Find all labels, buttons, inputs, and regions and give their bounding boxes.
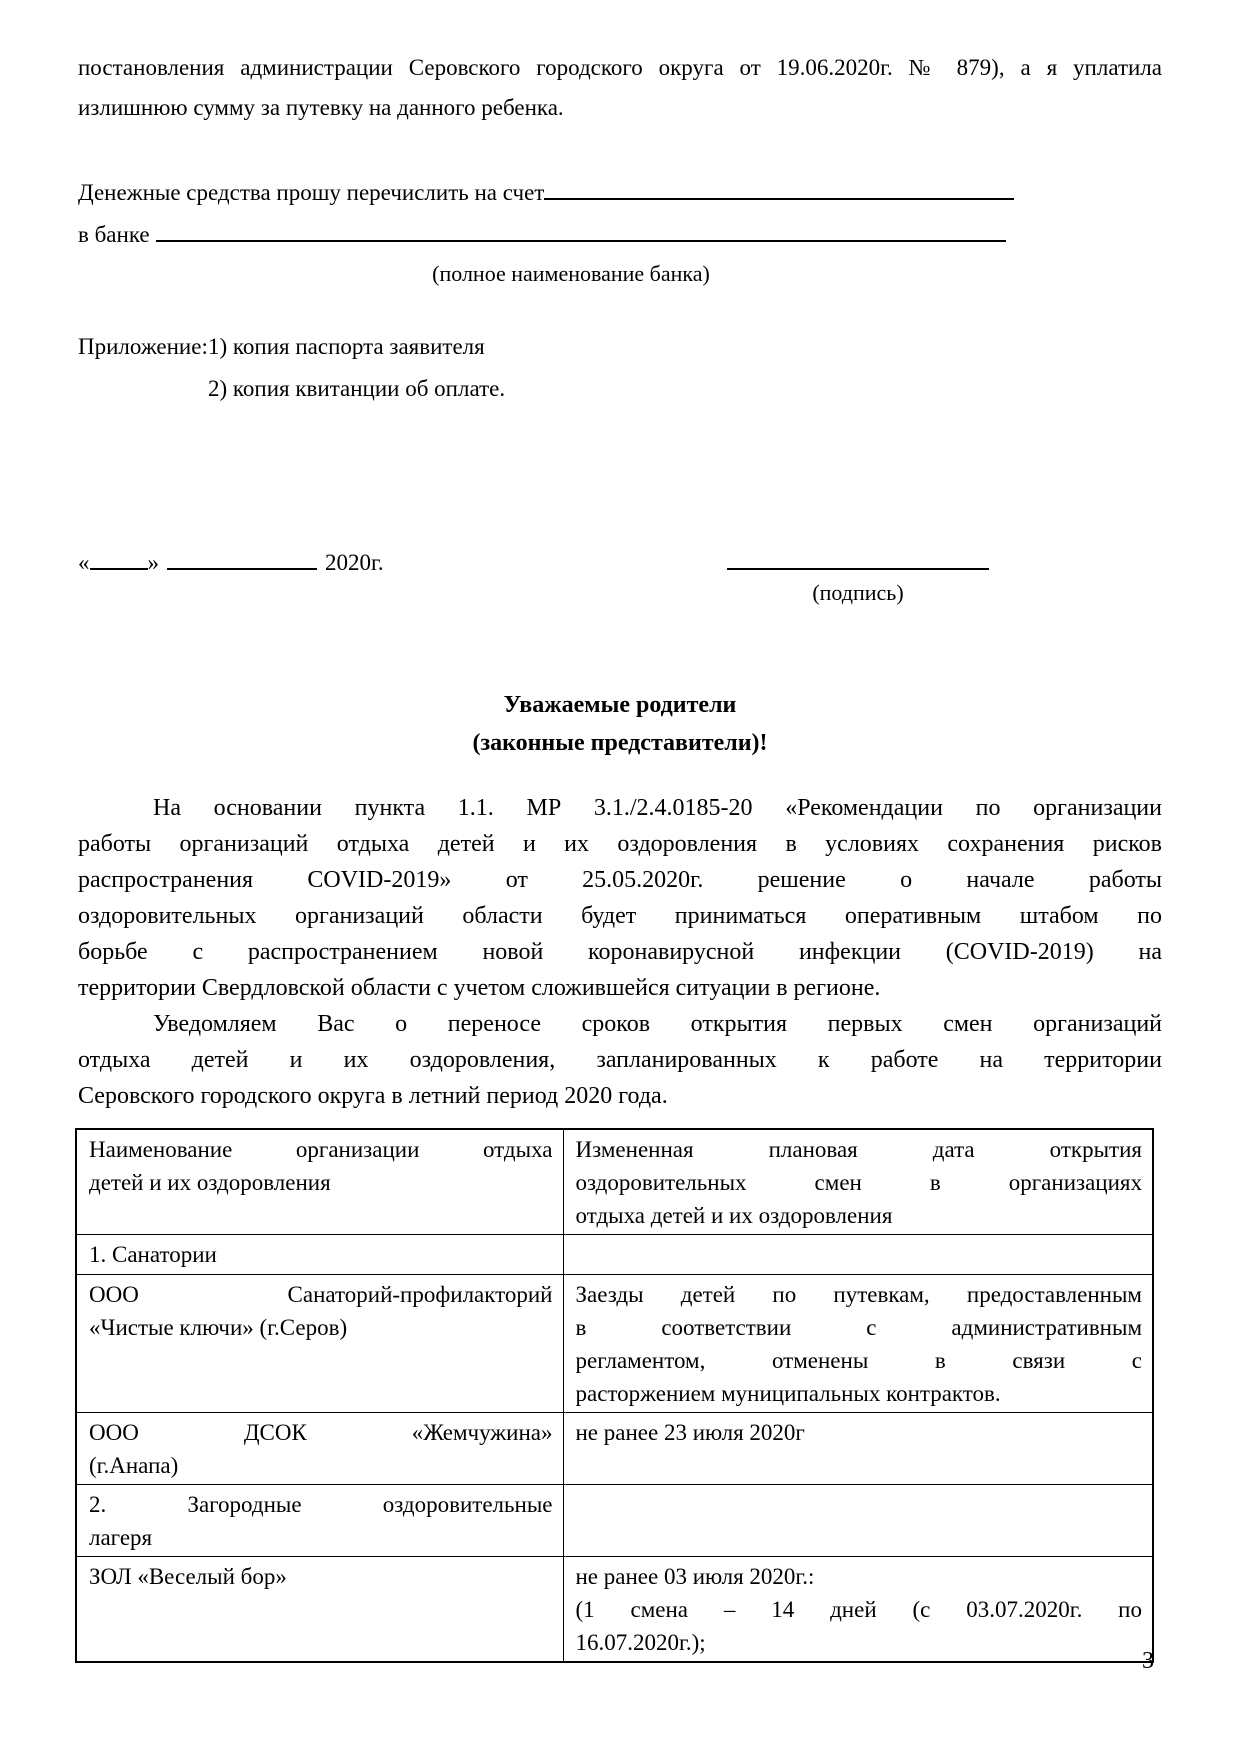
header-date: Измененная плановая дата открытияоздоров… bbox=[563, 1129, 1153, 1235]
organization-cell: 2. Загородные оздоровительныелагеря bbox=[76, 1485, 563, 1557]
schedule-table-wrap: Наименование организации отдыхадетей и и… bbox=[75, 1128, 1154, 1663]
account-number-blank[interactable] bbox=[544, 180, 1014, 200]
date-cell: не ранее 03 июля 2020г.:(1 смена – 14 дн… bbox=[563, 1557, 1153, 1663]
table-row: ЗОЛ «Веселый бор»не ранее 03 июля 2020г.… bbox=[76, 1557, 1153, 1663]
transfer-section: Денежные средства прошу перечислить на с… bbox=[78, 172, 1162, 292]
organization-cell: 1. Санатории bbox=[76, 1235, 563, 1275]
paragraph-covid-basis: На основании пункта 1.1. МР 3.1./2.4.018… bbox=[78, 790, 1162, 1006]
schedule-table: Наименование организации отдыхадетей и и… bbox=[75, 1128, 1154, 1663]
page-heading: Уважаемые родители (законные представите… bbox=[0, 686, 1240, 762]
table-row: 2. Загородные оздоровительныелагеря bbox=[76, 1485, 1153, 1557]
header-organization: Наименование организации отдыхадетей и и… bbox=[76, 1129, 563, 1235]
account-label: Денежные средства прошу перечислить на с… bbox=[78, 180, 544, 205]
table-body: 1. Санатории ООО Санаторий-профилакторий… bbox=[76, 1235, 1153, 1663]
bank-line: в банке bbox=[78, 214, 1162, 256]
close-quote: » bbox=[148, 550, 160, 575]
attachment-item-1: 1) копия паспорта заявителя bbox=[208, 334, 485, 359]
paragraph-notice: Уведомляем Вас о переносе сроков открыти… bbox=[78, 1006, 1162, 1114]
date-cell: Заезды детей по путевкам, предоставленны… bbox=[563, 1275, 1153, 1413]
account-line: Денежные средства прошу перечислить на с… bbox=[78, 172, 1162, 214]
page-number: 3 bbox=[1128, 1648, 1168, 1675]
organization-cell: ООО ДСОК «Жемчужина»(г.Анапа) bbox=[76, 1413, 563, 1485]
heading-line-2: (законные представители)! bbox=[0, 724, 1240, 762]
heading-line-1: Уважаемые родители bbox=[0, 686, 1240, 724]
attachment-section: Приложение:1) копия паспорта заявителя 2… bbox=[78, 326, 1162, 410]
attachment-row: Приложение:1) копия паспорта заявителя bbox=[78, 326, 1162, 368]
date-line: «»2020г. bbox=[78, 542, 384, 584]
bank-caption: (полное наименование банка) bbox=[426, 256, 716, 292]
signature-blank[interactable] bbox=[727, 542, 989, 570]
open-quote: « bbox=[78, 550, 90, 575]
attachment-row: 2) копия квитанции об оплате. bbox=[78, 368, 1162, 410]
intro-paragraph: постановления администрации Серовского г… bbox=[78, 48, 1162, 128]
table-header-row: Наименование организации отдыхадетей и и… bbox=[76, 1129, 1153, 1235]
signature-block: (подпись) bbox=[727, 542, 989, 608]
date-cell bbox=[563, 1485, 1153, 1557]
body-text: На основании пункта 1.1. МР 3.1./2.4.018… bbox=[78, 790, 1162, 1114]
table-row: ООО ДСОК «Жемчужина»(г.Анапа)не ранее 23… bbox=[76, 1413, 1153, 1485]
day-blank[interactable] bbox=[90, 550, 148, 570]
table-row: ООО Санаторий-профилакторий«Чистые ключи… bbox=[76, 1275, 1153, 1413]
organization-cell: ООО Санаторий-профилакторий«Чистые ключи… bbox=[76, 1275, 563, 1413]
bank-name-blank[interactable] bbox=[156, 222, 1006, 242]
attachment-item-2: 2) копия квитанции об оплате. bbox=[208, 376, 505, 401]
month-blank[interactable] bbox=[167, 550, 317, 570]
document-page: постановления администрации Серовского г… bbox=[0, 0, 1240, 1754]
date-cell: не ранее 23 июля 2020г bbox=[563, 1413, 1153, 1485]
organization-cell: ЗОЛ «Веселый бор» bbox=[76, 1557, 563, 1663]
year-label: 2020г. bbox=[325, 550, 384, 575]
signature-caption: (подпись) bbox=[727, 578, 989, 608]
attachment-label: Приложение: bbox=[78, 326, 208, 368]
bank-label: в банке bbox=[78, 222, 150, 247]
date-cell bbox=[563, 1235, 1153, 1275]
table-row: 1. Санатории bbox=[76, 1235, 1153, 1275]
